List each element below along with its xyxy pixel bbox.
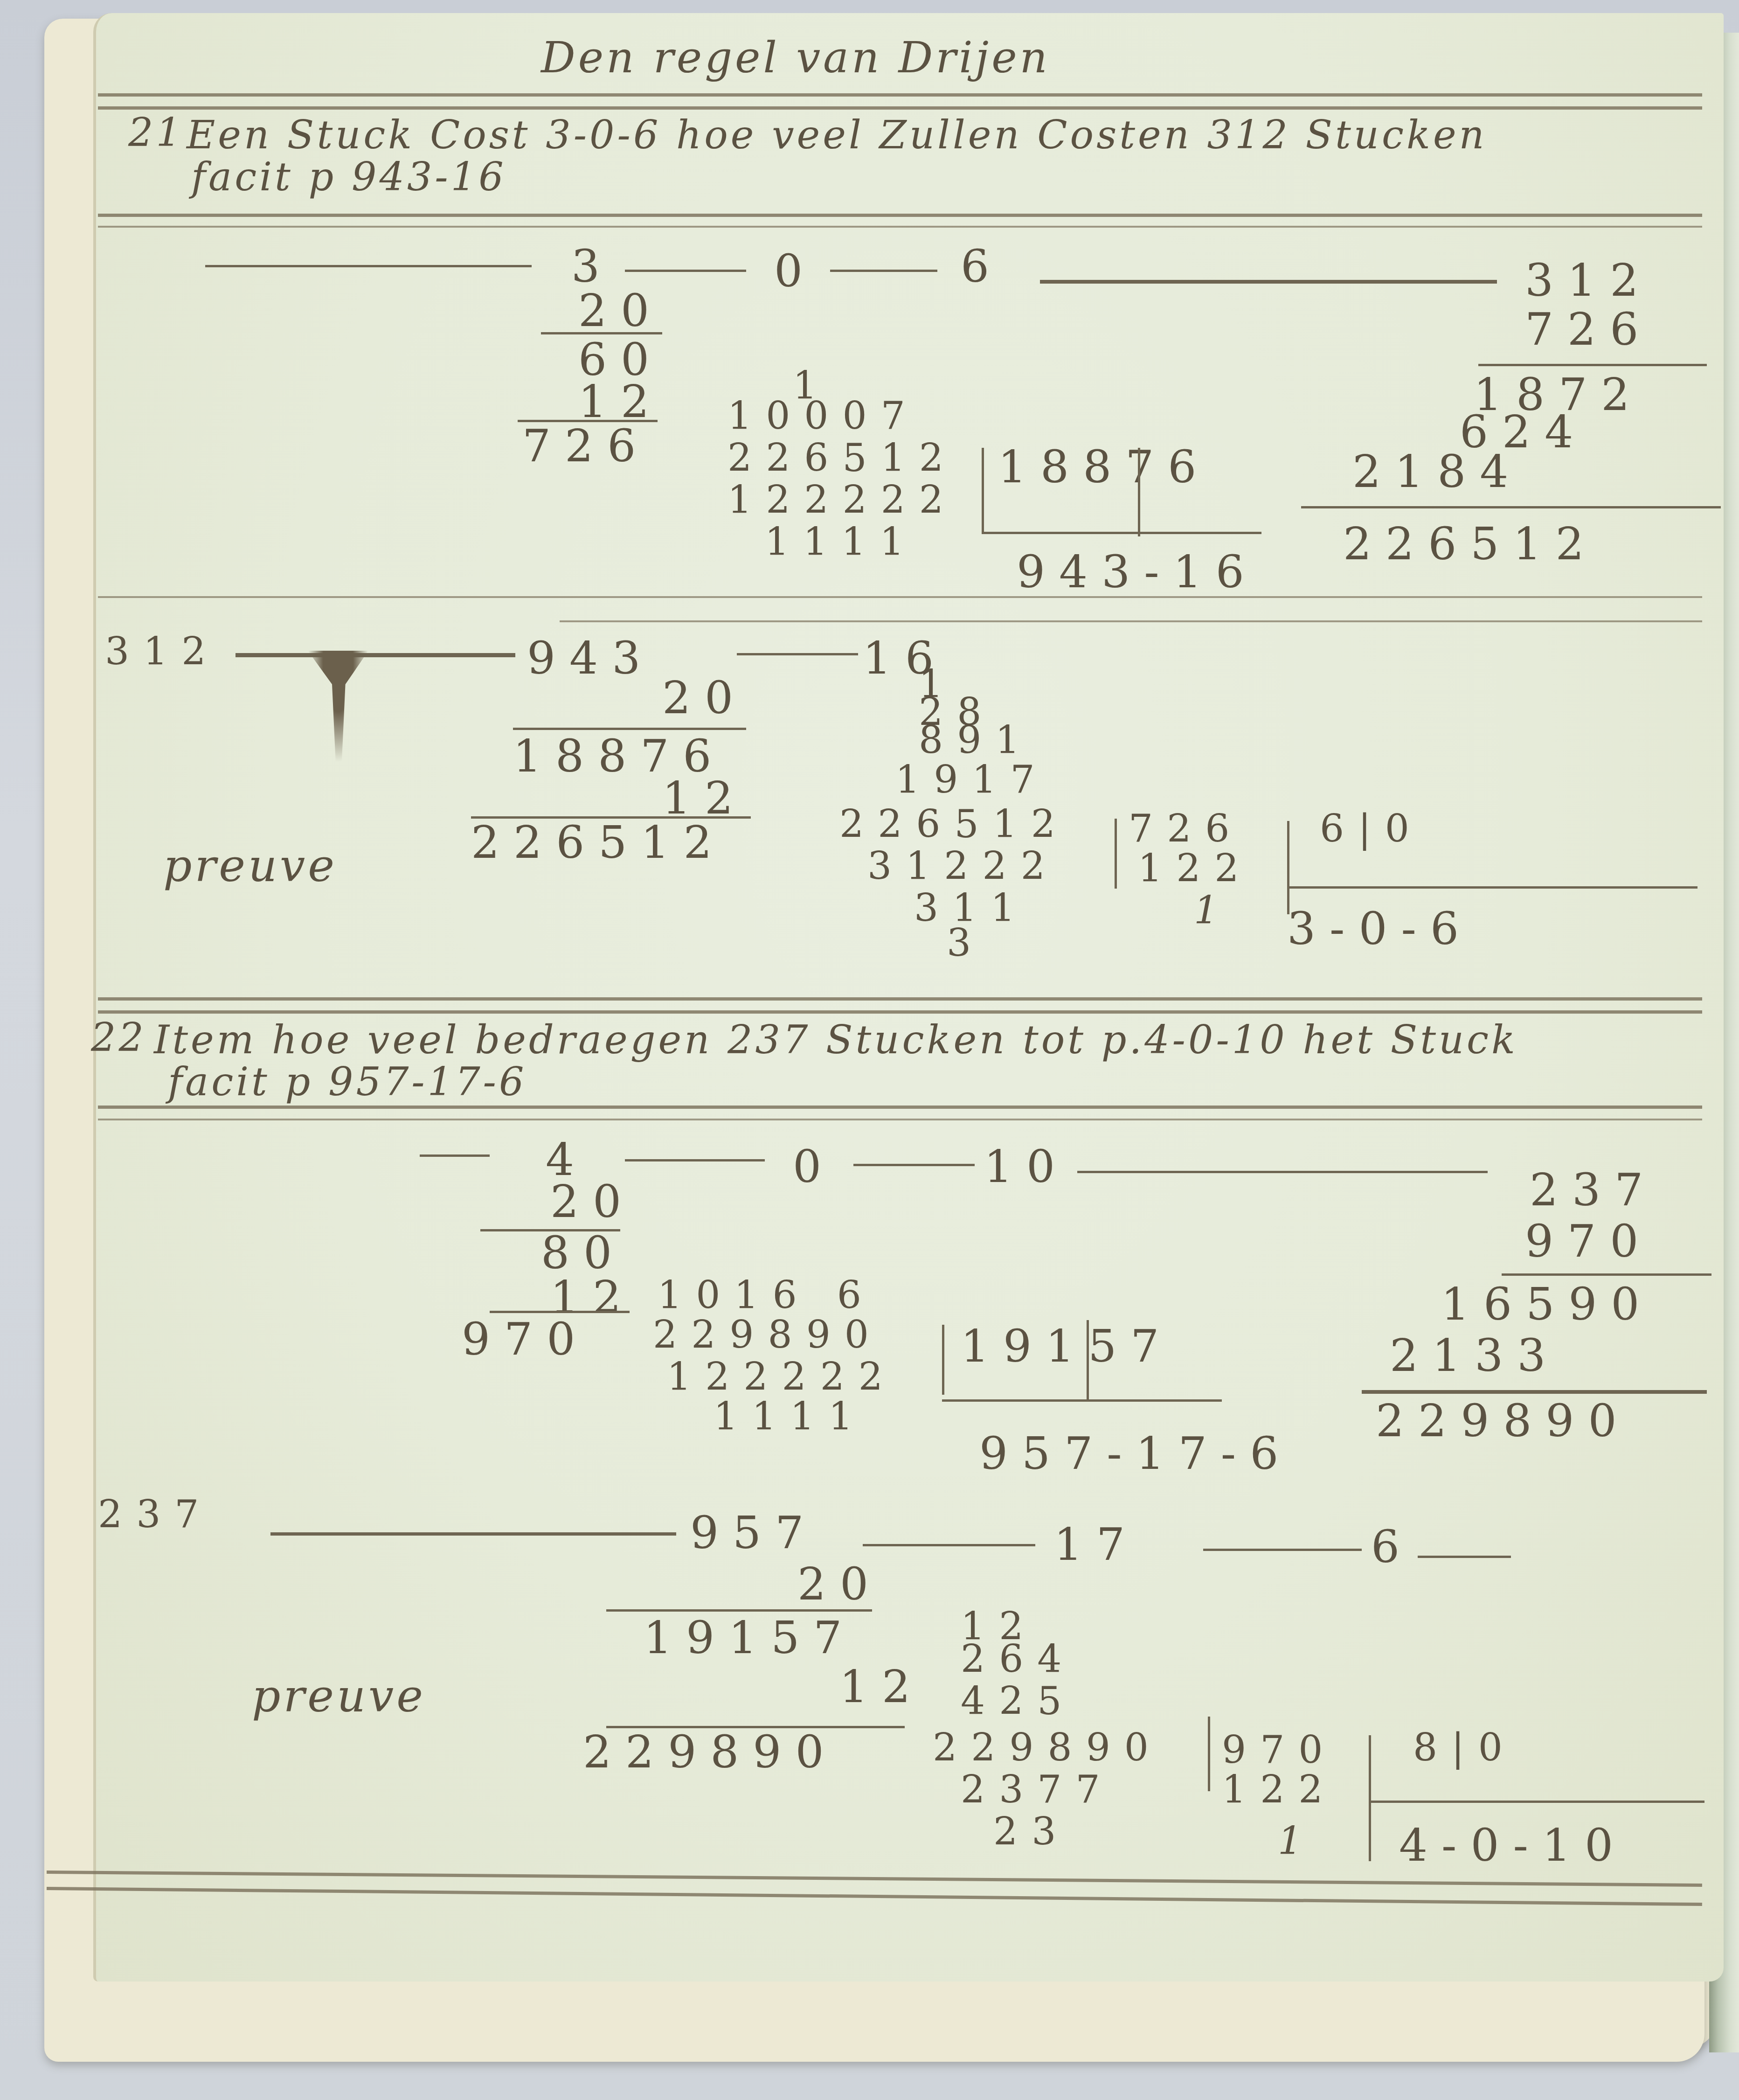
proof-quotient-side: 6|0	[1320, 807, 1423, 851]
section-rule	[98, 997, 1702, 1001]
proof-pounds: 943	[527, 632, 654, 684]
scratch-row: 264	[961, 1637, 1076, 1682]
partial-product: 2184	[1352, 445, 1522, 498]
product-total: 229890	[1376, 1395, 1630, 1447]
proof-quantity: 237	[98, 1493, 213, 1537]
proof-quantity: 312	[105, 630, 220, 674]
proof-conversion: 229890	[583, 1726, 838, 1778]
section-rule	[98, 226, 1702, 228]
product-total: 226512	[1343, 518, 1598, 570]
problem-facit: facit p 943-16	[191, 154, 506, 200]
division-result: 943-16	[1017, 546, 1258, 598]
scratch-row: 1111	[765, 520, 918, 564]
header-rule-top	[98, 93, 1702, 97]
scratch-row: 425	[961, 1679, 1076, 1724]
multiplier: 970	[1525, 1215, 1652, 1267]
problem-number: 21	[128, 110, 184, 155]
proof-conversion: 20	[662, 672, 747, 724]
section-rule	[98, 214, 1702, 217]
proof-conversion: 19157	[644, 1612, 856, 1664]
partial-product: 2133	[1390, 1329, 1559, 1382]
price-pence: 10	[984, 1140, 1069, 1193]
division-result: 957-17-6	[979, 1427, 1292, 1480]
problem-text: Een Stuck Cost 3-0-6 hoe veel Zullen Cos…	[187, 112, 1487, 158]
proof-shillings: 17	[1054, 1518, 1139, 1571]
scratch-row: 1917	[895, 758, 1049, 802]
section-rule	[98, 1010, 1702, 1014]
division-quotient: 18876	[998, 441, 1210, 493]
page-title: Den regel van Drijen	[541, 33, 1050, 83]
scratch-row: 1111	[714, 1395, 867, 1439]
proof-mark: 1	[1278, 1819, 1305, 1864]
scratch-row: 10007	[727, 394, 919, 438]
scratch-row: 31222	[867, 844, 1059, 889]
proof-conversion: 12	[839, 1661, 924, 1713]
scratch-row: 122222	[727, 478, 957, 522]
multiplicand: 312	[1525, 254, 1652, 306]
conversion-20: 20	[578, 285, 663, 337]
price-pence: 6	[961, 240, 1003, 292]
header-rule-bottom	[98, 106, 1702, 110]
price-shillings: 0	[774, 245, 817, 297]
proof-conversion: 226512	[471, 816, 726, 869]
multiplicand: 237	[1530, 1164, 1657, 1216]
proof-quotient-side: 8|0	[1413, 1726, 1517, 1770]
scratch-row: 229890	[653, 1313, 883, 1357]
scratch-row: 226512	[727, 436, 957, 480]
proof-label: preuve	[163, 840, 337, 892]
section-rule	[98, 1119, 1702, 1120]
scratch-row: 1016 6	[658, 1273, 875, 1318]
proof-mark: 1	[1194, 889, 1221, 933]
proof-conversion: 20	[797, 1558, 882, 1610]
problem-number: 22	[91, 1015, 146, 1060]
scratch-row: 891	[919, 718, 1034, 763]
conversion-20: 20	[550, 1175, 635, 1228]
conversion-726: 726	[522, 420, 650, 472]
division-quotient: 19157	[961, 1320, 1173, 1372]
problem-text: Item hoe veel bedraegen 237 Stucken tot …	[154, 1017, 1518, 1063]
scratch-row: 226512	[839, 802, 1069, 847]
scratch-row: 229890	[933, 1726, 1163, 1770]
proof-divisor: 970	[1222, 1728, 1337, 1773]
proof-divisor: 726	[1129, 807, 1244, 851]
scratch-row: 3	[947, 921, 985, 966]
proof-result: 4-0-10	[1399, 1819, 1627, 1871]
scratch-row: 2377	[961, 1768, 1114, 1812]
scratch-row: 23	[993, 1810, 1070, 1854]
multiplier: 726	[1525, 303, 1652, 355]
proof-label: preuve	[252, 1670, 426, 1722]
conversion-970: 970	[462, 1313, 589, 1365]
proof-divisor-scratch: 122	[1138, 847, 1253, 891]
problem-facit: facit p 957-17-6	[168, 1059, 527, 1105]
proof-pounds: 957	[690, 1507, 818, 1559]
proof-pence: 6	[1371, 1521, 1413, 1573]
proof-divisor-scratch: 122	[1222, 1768, 1337, 1812]
section-rule	[560, 620, 1702, 622]
section-rule	[98, 596, 1702, 598]
partial-product: 16590	[1441, 1278, 1653, 1330]
proof-result: 3-0-6	[1287, 903, 1473, 955]
scratch-row: 122222	[667, 1355, 897, 1399]
section-rule	[98, 1106, 1702, 1109]
price-shillings: 0	[793, 1140, 835, 1193]
